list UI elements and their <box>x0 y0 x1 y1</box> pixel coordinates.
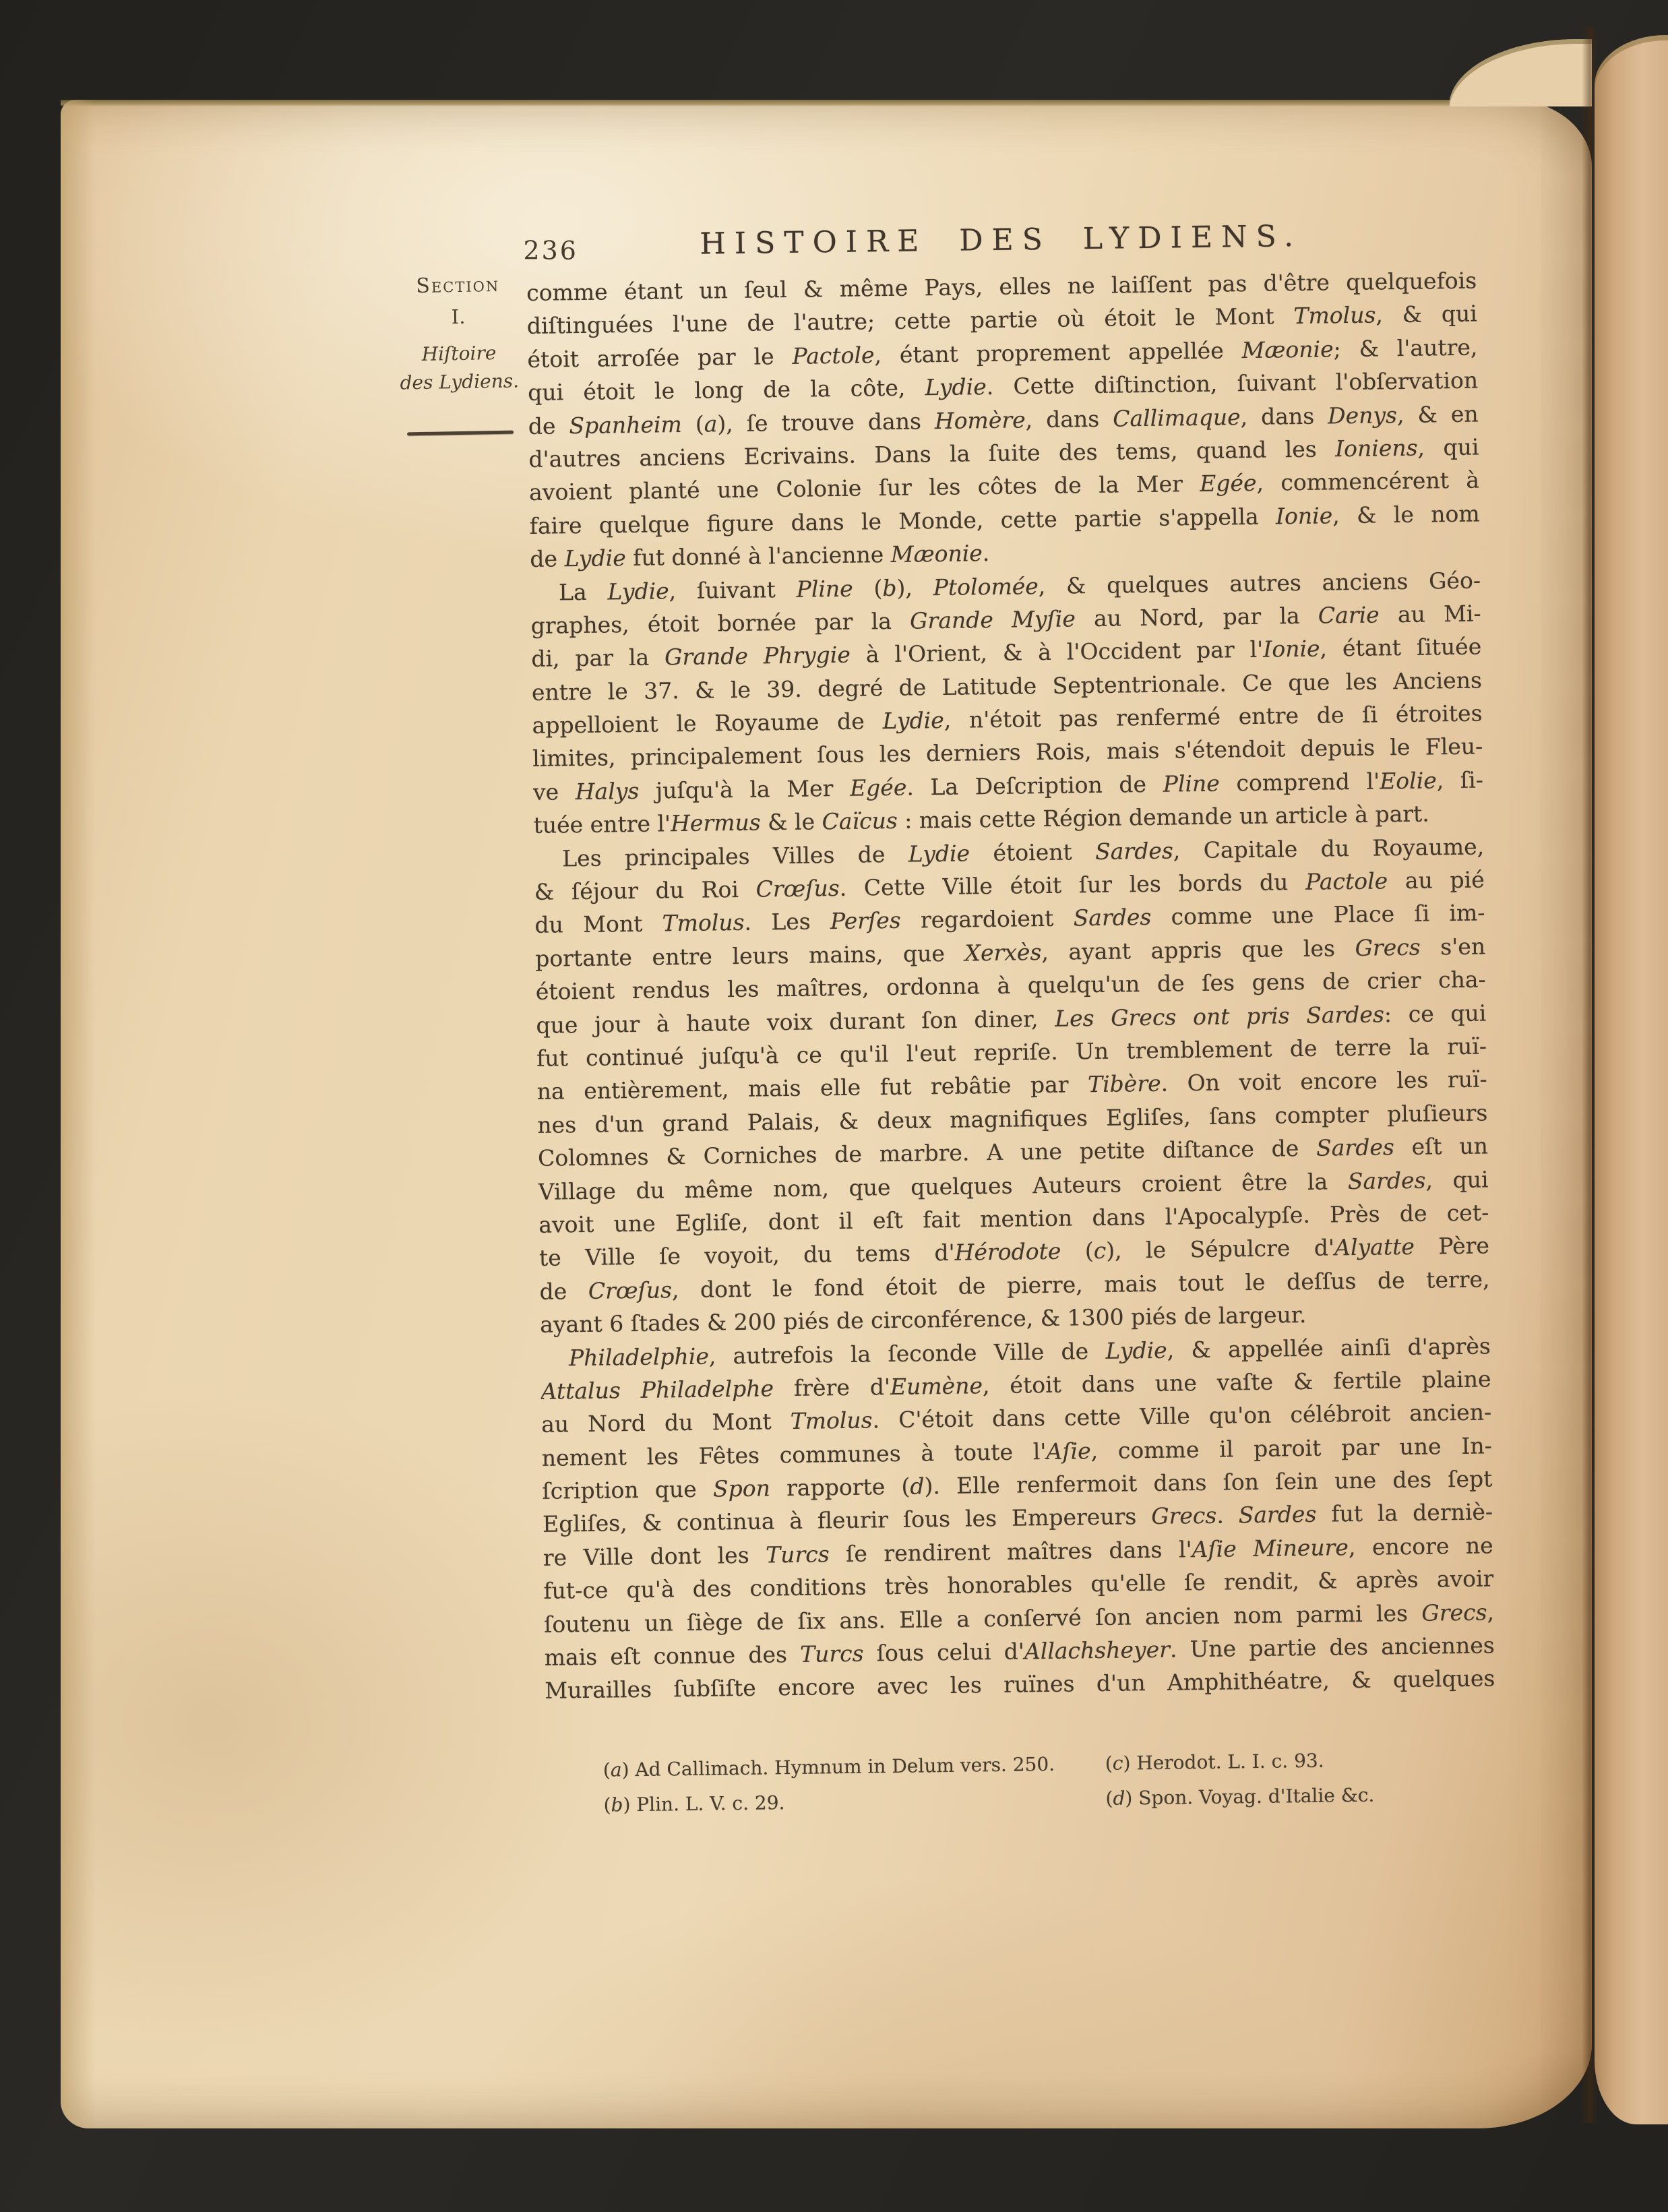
margin-note: Section I. Hiſtoire des Lydiens. <box>394 268 524 435</box>
margin-note-title-line1: Hiſtoire <box>395 338 524 369</box>
margin-note-title-line2: des Lydiens. <box>395 367 524 397</box>
footnote-column-right: (c) Herodot. L. I. c. 93.(d) Spon. Voyag… <box>1105 1742 1480 1816</box>
footnotes: (a) Ad Callimach. Hymnum in Delum vers. … <box>603 1742 1480 1823</box>
page-corner-fold <box>1449 39 1592 106</box>
page-content: 236 HISTOIRE DES LYDIENS. comme étant un… <box>526 217 1498 1914</box>
body-text: comme étant un ſeul & même Pays, elles n… <box>526 264 1495 1708</box>
footnote-item: (d) Spon. Voyag. d'Italie &c. <box>1105 1777 1480 1816</box>
facing-page-edge <box>1595 35 1668 2124</box>
footnote-item: (c) Herodot. L. I. c. 93. <box>1105 1742 1480 1781</box>
margin-note-section-number: I. <box>394 301 523 332</box>
footnote-item: (b) Plin. L. V. c. 29. <box>603 1781 1106 1823</box>
margin-note-section-label: Section <box>394 268 522 303</box>
footnote-column-left: (a) Ad Callimach. Hymnum in Delum vers. … <box>603 1746 1106 1823</box>
scan-background: Section I. Hiſtoire des Lydiens. 236 HIS… <box>0 0 1668 2212</box>
